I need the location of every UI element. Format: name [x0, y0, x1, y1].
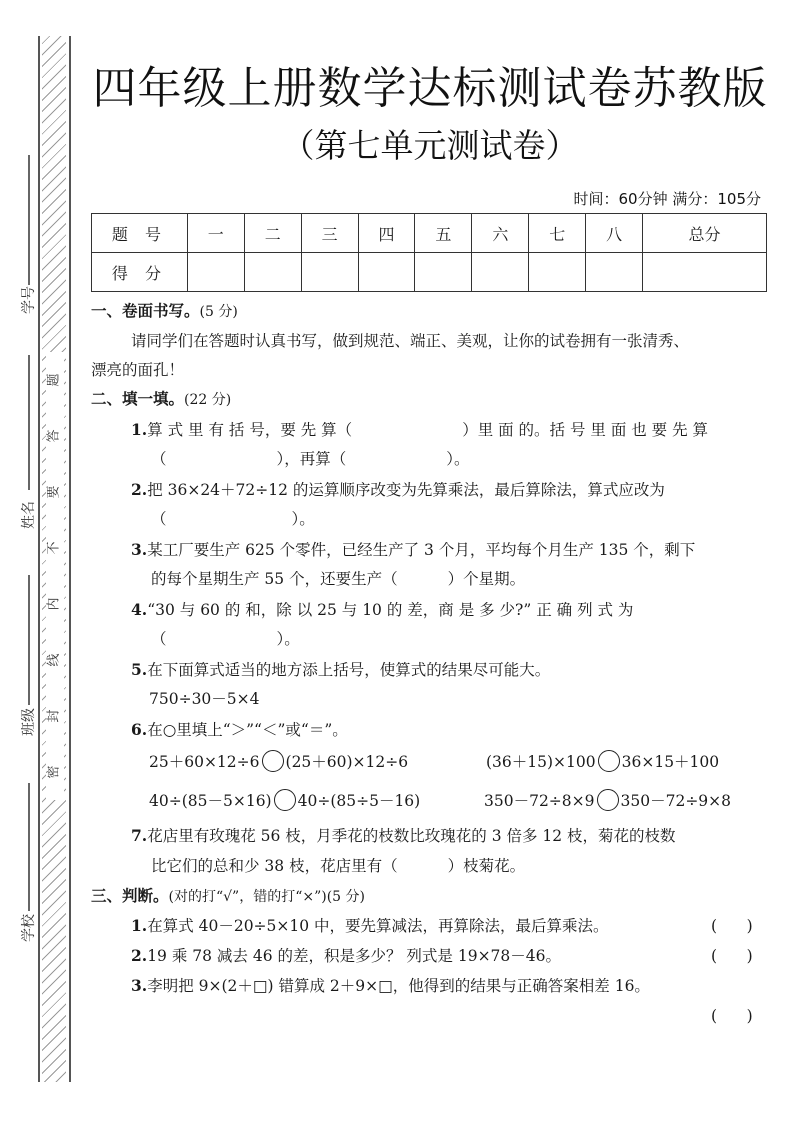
question-2-2: 2.把 36×24＋72÷12 的运算顺序改变为先算乘法，最后算除法，算式应改为	[131, 475, 665, 505]
student-id-label: 学号	[18, 282, 38, 318]
name-line[interactable]	[28, 355, 30, 490]
question-2-4: 4.“30 与 60 的 和，除 以 25 与 10 的 差，商 是 多 少?”…	[131, 595, 633, 625]
compare-circle-input[interactable]	[274, 789, 296, 811]
class-label: 班级	[18, 704, 38, 740]
header-cell: 题 号	[92, 214, 188, 253]
judge-item-2: 2.19 乘 78 减去 46 的差，积是多少？ 列式是 19×78－46。	[131, 941, 561, 971]
header-cell: 三	[301, 214, 358, 253]
page-subtitle: （第七单元测试卷）	[90, 120, 770, 167]
compare-pair: 40÷(85－5×16)40÷(85÷5－16)	[149, 786, 420, 816]
question-2-5: 5.在下面算式适当的地方添上括号，使算式的结果尽可能大。	[131, 655, 550, 685]
judge-answer-box[interactable]: ( )	[711, 1001, 753, 1031]
header-cell: 七	[529, 214, 586, 253]
score-cell[interactable]	[415, 253, 472, 292]
question-2-1-cont: （），再算（）。	[151, 444, 470, 474]
seal-notice: 题 答 要 不 内 线 封 密	[46, 352, 64, 800]
name-label: 姓名	[18, 497, 38, 533]
question-2-7-cont: 比它们的总和少 38 枝，花店里有（）枝菊花。	[151, 851, 525, 881]
section1-text: 漂亮的面孔！	[91, 355, 184, 385]
student-id-line[interactable]	[28, 155, 30, 285]
judge-item-3: 3.李明把 9×(2＋□) 错算成 2＋9×□，他得到的结果与正确答案相差 16…	[131, 971, 650, 1001]
score-row-label: 得 分	[92, 253, 188, 292]
school-line[interactable]	[28, 783, 30, 911]
question-2-5-expr: 750÷30－5×4	[149, 684, 260, 714]
question-2-4-cont: （）。	[151, 624, 300, 654]
question-2-1: 1.算 式 里 有 括 号，要 先 算（）里 面 的。括 号 里 面 也 要 先…	[131, 415, 708, 445]
section1-heading: 一、卷面书写。(5 分)	[91, 296, 238, 327]
score-table: 题 号 一 二 三 四 五 六 七 八 总分 得 分	[91, 213, 767, 292]
question-2-7: 7.花店里有玫瑰花 56 枝，月季花的枝数比玫瑰花的 3 倍多 12 枝，菊花的…	[131, 821, 676, 851]
header-cell: 八	[586, 214, 643, 253]
question-2-3-cont: 的每个星期生产 55 个，还要生产（）个星期。	[151, 564, 525, 594]
header-cell: 总分	[643, 214, 767, 253]
header-cell: 一	[187, 214, 244, 253]
compare-circle-input[interactable]	[262, 750, 284, 772]
score-cell[interactable]	[643, 253, 767, 292]
header-cell: 六	[472, 214, 529, 253]
score-cell[interactable]	[358, 253, 415, 292]
score-cell[interactable]	[187, 253, 244, 292]
judge-answer-box[interactable]: ( )	[711, 911, 753, 941]
compare-circle-input[interactable]	[598, 750, 620, 772]
section1-text: 请同学们在答题时认真书写，做到规范、端正、美观，让你的试卷拥有一张清秀、	[131, 326, 689, 356]
header-cell: 五	[415, 214, 472, 253]
margin-line-inner	[69, 36, 71, 1082]
score-cell[interactable]	[244, 253, 301, 292]
score-table-score-row: 得 分	[92, 253, 767, 292]
question-2-2-cont: （）。	[151, 504, 315, 534]
compare-pair: 25＋60×12÷6(25＋60)×12÷6	[149, 747, 408, 777]
margin-line-outer	[38, 36, 40, 1082]
compare-circle-input[interactable]	[597, 789, 619, 811]
header-cell: 二	[244, 214, 301, 253]
binding-margin: 题 答 要 不 内 线 封 密 学号 姓名 班级 学校	[0, 0, 85, 1122]
score-cell[interactable]	[472, 253, 529, 292]
question-2-3: 3.某工厂要生产 625 个零件，已经生产了 3 个月，平均每个月生产 135 …	[131, 535, 695, 565]
compare-pair: 350－72÷8×9350－72÷9×8	[484, 786, 731, 816]
score-cell[interactable]	[586, 253, 643, 292]
judge-answer-box[interactable]: ( )	[711, 941, 753, 971]
school-label: 学校	[18, 910, 38, 946]
score-cell[interactable]	[301, 253, 358, 292]
section2-heading: 二、填一填。(22 分)	[91, 384, 231, 415]
compare-pair: (36＋15)×10036×15＋100	[486, 747, 719, 777]
page-title: 四年级上册数学达标测试卷苏教版	[90, 52, 770, 116]
score-cell[interactable]	[529, 253, 586, 292]
question-2-6: 6.在○里填上“＞”“＜”或“＝”。	[131, 715, 348, 745]
judge-item-1: 1.在算式 40－20÷5×10 中，要先算减法，再算除法，最后算乘法。	[131, 911, 609, 941]
exam-meta: 时间：60分钟 满分：105分	[574, 188, 762, 209]
section3-heading: 三、判断。(对的打“√”，错的打“×”)(5 分)	[91, 881, 365, 912]
class-line[interactable]	[28, 575, 30, 705]
header-cell: 四	[358, 214, 415, 253]
score-table-header-row: 题 号 一 二 三 四 五 六 七 八 总分	[92, 214, 767, 253]
